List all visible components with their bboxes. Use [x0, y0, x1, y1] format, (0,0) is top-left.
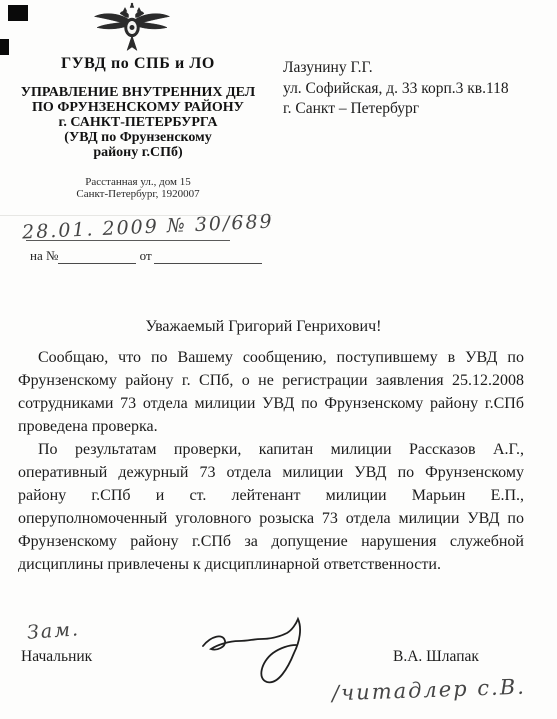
ot-blank	[154, 252, 262, 264]
body-paragraph: По результатам проверки, капитан милиции…	[18, 438, 524, 576]
salutation: Уважаемый Григорий Генрихович!	[0, 318, 527, 336]
org-line: району г.СПб)	[0, 145, 276, 160]
na-number-label: на №	[30, 248, 58, 263]
ot-label: от	[140, 248, 152, 263]
recipient-block: Лазунину Г.Г. ул. Софийская, д. 33 корп.…	[283, 58, 509, 120]
handwritten-note: /читадлер с.В.	[332, 675, 527, 706]
scan-artifact-square	[0, 39, 9, 55]
scanned-letter-page: ГУВД по СПБ и ЛО УПРАВЛЕНИЕ ВНУТРЕННИХ Д…	[0, 0, 557, 719]
org-line: (УВД по Фрунзенскому	[0, 130, 276, 145]
date-underline	[26, 240, 230, 241]
mvd-eagle-emblem-icon	[92, 2, 172, 55]
org-address-line: Санкт-Петербург, 1920007	[0, 189, 276, 201]
letter-body: Сообщаю, что по Вашему сообщению, поступ…	[18, 346, 524, 576]
org-line: ПО ФРУНЗЕНСКОМУ РАЙОНУ	[0, 100, 276, 115]
org-name-top: ГУВД по СПБ и ЛО	[0, 55, 276, 73]
signer-name: В.А. Шлапак	[393, 648, 479, 666]
handwritten-zam-note: Зам.	[26, 618, 80, 644]
org-address-line: Расстанная ул., дом 15	[0, 177, 276, 189]
signer-title: Начальник	[21, 648, 92, 666]
org-name-block: УПРАВЛЕНИЕ ВНУТРЕННИХ ДЕЛ ПО ФРУНЗЕНСКОМ…	[0, 85, 276, 160]
signature-scribble-icon	[195, 610, 317, 695]
org-line: г. САНКТ-ПЕТЕРБУРГА	[0, 115, 276, 130]
recipient-street: ул. Софийская, д. 33 корп.3 кв.118	[283, 79, 509, 100]
scan-artifact-square	[8, 5, 28, 21]
reference-line: на № от	[30, 248, 262, 264]
body-paragraph: Сообщаю, что по Вашему сообщению, поступ…	[18, 346, 524, 438]
recipient-name: Лазунину Г.Г.	[283, 58, 509, 79]
na-number-blank	[58, 252, 136, 264]
org-line: УПРАВЛЕНИЕ ВНУТРЕННИХ ДЕЛ	[0, 85, 276, 100]
recipient-city: г. Санкт – Петербург	[283, 99, 509, 120]
org-address: Расстанная ул., дом 15 Санкт-Петербург, …	[0, 177, 276, 200]
